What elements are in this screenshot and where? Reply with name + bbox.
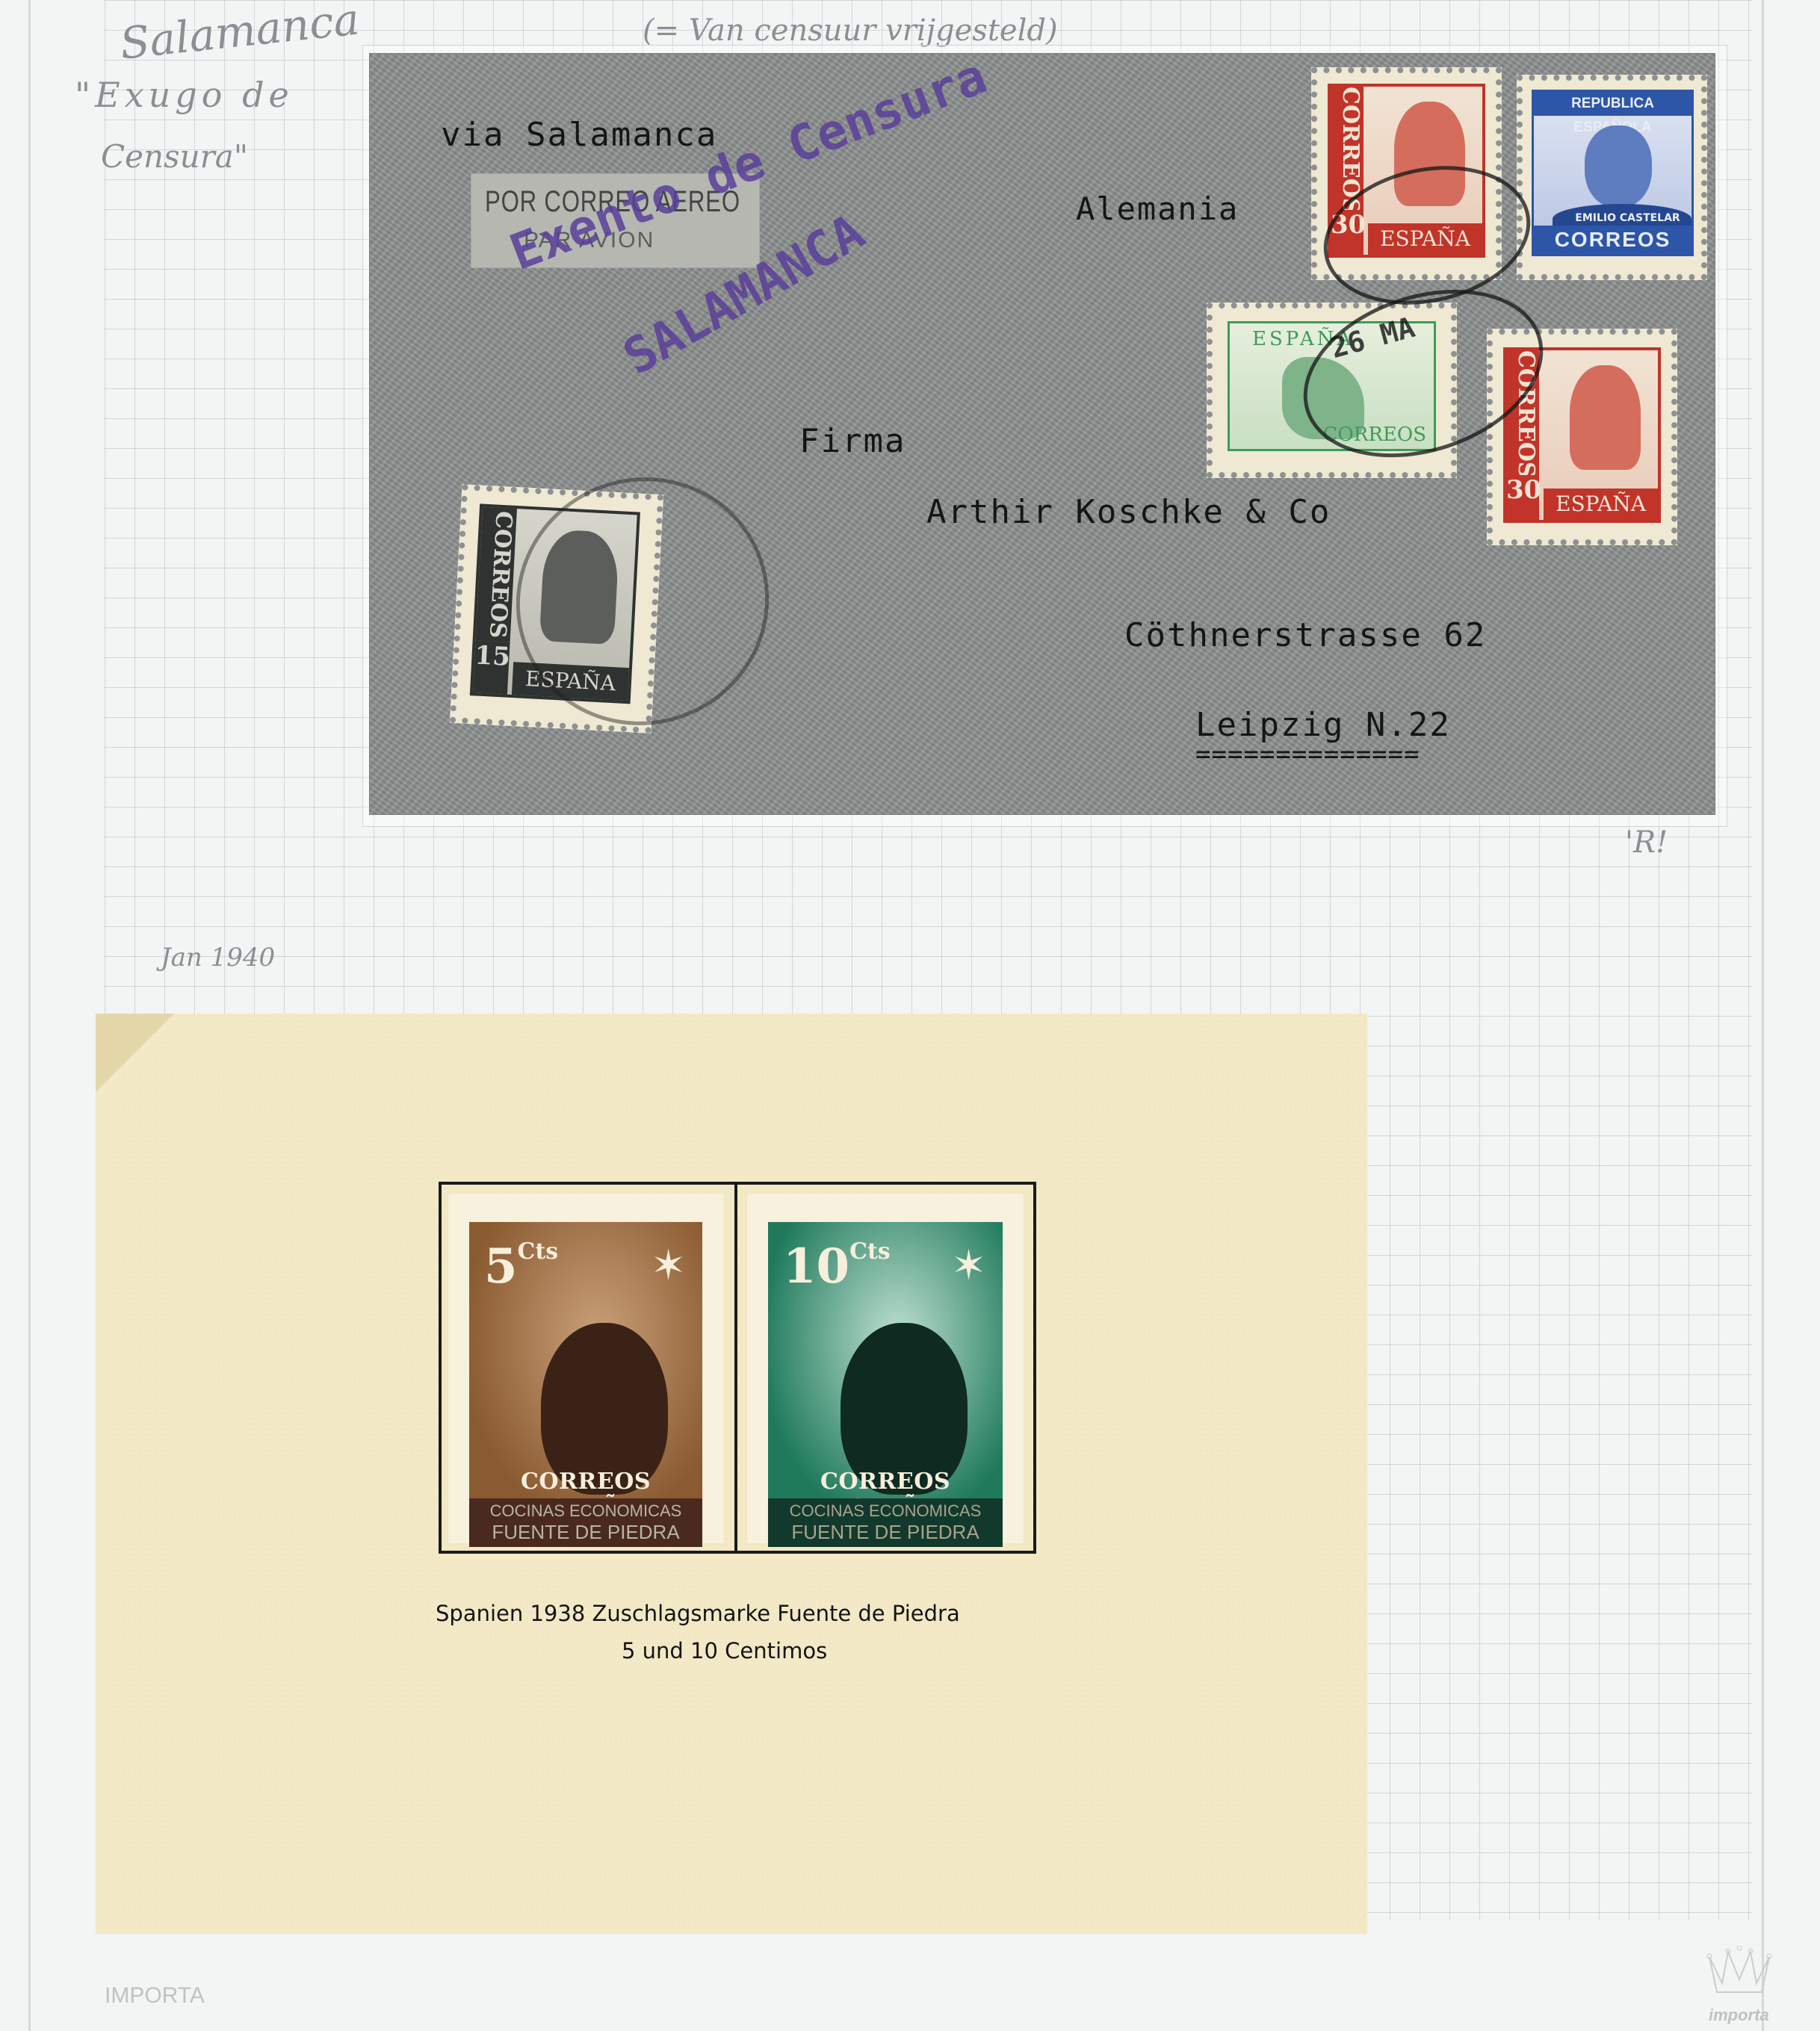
page-margin-line-right (1762, 0, 1764, 2031)
card-caption-line2: 5 und 10 Centimos (622, 1638, 827, 1663)
note-censorship-exempt: (= Van censuur vrijgesteld) (643, 13, 1058, 48)
stamp-side-text: CORREOS (476, 507, 517, 642)
address-line4: Leipzig N.22 (1195, 706, 1451, 744)
portrait-castelar (1585, 125, 1652, 208)
yoke-and-arrows-icon: ✶ (951, 1241, 986, 1290)
publisher-mark: IMPORTA (105, 1983, 205, 2009)
note-rarity-mark: 'R! (1625, 825, 1668, 860)
souvenir-block-divider (734, 1182, 737, 1554)
stamp-design: 5Cts ✶ CORREOS ESPAÑA COCINAS ECONOMICAS… (469, 1222, 702, 1515)
stamp-country: ESPAÑA (1544, 489, 1658, 520)
logo-text: importa (1709, 2006, 1769, 2025)
note-date: Jan 1940 (161, 943, 275, 973)
card-caption-line1: Spanien 1938 Zuschlagsmarke Fuente de Pi… (436, 1601, 960, 1626)
stamp-value: 10Cts (783, 1238, 891, 1294)
stamp-castelar-40: REPUBLICA ESPAÑOLA EMILIO CASTELAR CORRE… (1517, 75, 1707, 280)
stamp-band: COCINAS ECONOMICAS FUENTE DE PIEDRA (469, 1498, 702, 1547)
stamp-design: 10Cts ✶ CORREOS ESPAÑA COCINAS ECONOMICA… (768, 1222, 1003, 1515)
address-underline: ============== (1195, 739, 1420, 769)
stamp-value: 5Cts (484, 1238, 558, 1294)
mount-corner (96, 1014, 174, 1092)
routing-text: via Salamanca (441, 116, 717, 154)
stamp-correos: CORREOS (1534, 226, 1691, 254)
stamp-band: COCINAS ECONOMICAS FUENTE DE PIEDRA (768, 1498, 1003, 1547)
page-margin-line (28, 0, 31, 2031)
album-page: Salamanca (= Van censuur vrijgesteld) "E… (0, 0, 1820, 2031)
franco-stamp-5: 5Cts ✶ CORREOS ESPAÑA COCINAS ECONOMICAS… (448, 1194, 723, 1543)
stamp-name: EMILIO CASTELAR (1564, 212, 1691, 224)
note-exento-line2: Censura" (101, 138, 248, 175)
address-line3: Cöthnerstrasse 62 (1124, 616, 1486, 654)
portrait-isabel (1570, 365, 1641, 470)
stamp-value: 15 (473, 640, 510, 694)
destination-country: Alemania (1076, 190, 1239, 227)
franco-stamp-10: 10Cts ✶ CORREOS ESPAÑA COCINAS ECONOMICA… (747, 1194, 1024, 1543)
address-line1: Firma (799, 422, 906, 460)
stamp-value: 30 (1506, 475, 1539, 520)
crown-icon (1706, 1946, 1773, 1998)
yoke-and-arrows-icon: ✶ (651, 1241, 686, 1290)
note-exento-line1: "Exugo de (75, 75, 294, 115)
stamp-header: REPUBLICA ESPAÑOLA (1534, 92, 1691, 116)
address-line2: Arthir Koschke & Co (926, 493, 1331, 531)
